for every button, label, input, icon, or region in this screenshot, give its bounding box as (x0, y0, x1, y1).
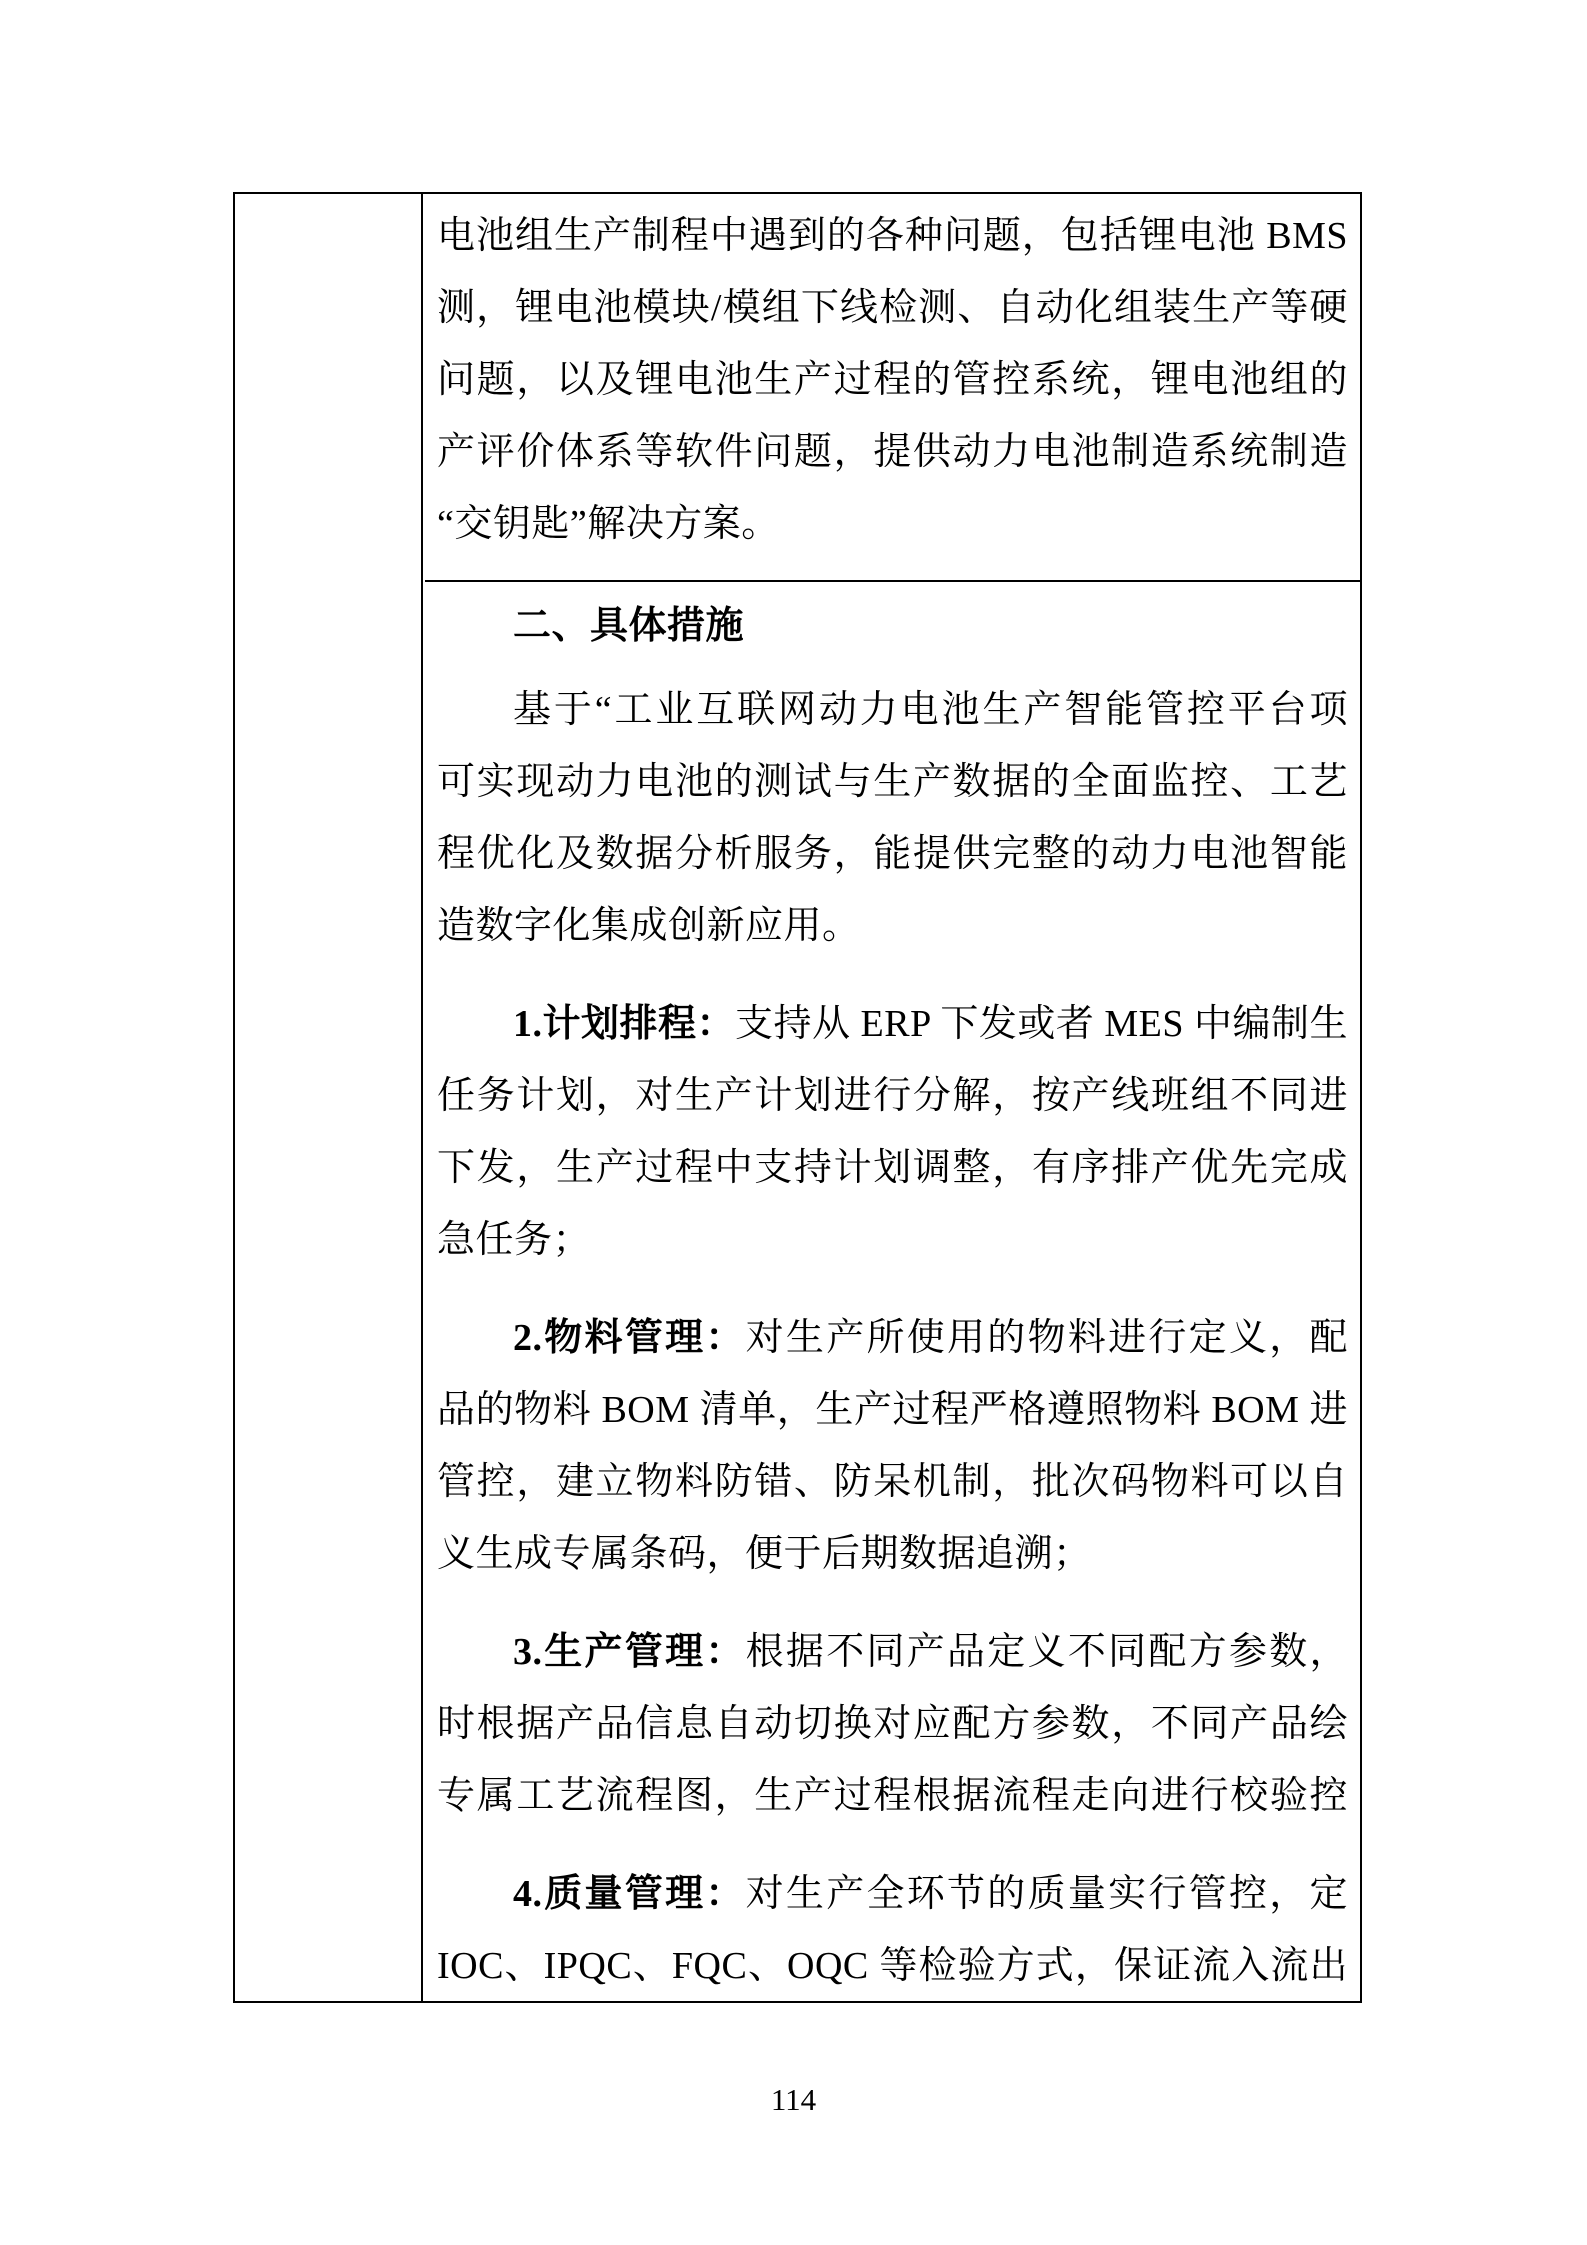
paragraph: 4.质量管理：对生产全环节的质量实行管控，定义IOC、IPQC、FQC、OQC … (437, 1858, 1348, 2002)
paragraph: 基于“工业互联网动力电池生产智能管控平台项目”，可实现动力电池的测试与生产数据的… (437, 674, 1348, 962)
text-line: 4.质量管理：对生产全环节的质量实行管控，定义 (437, 1858, 1348, 1930)
text-line: 下发，生产过程中支持计划调整，有序排产优先完成紧 (437, 1132, 1348, 1204)
row2-paragraphs: 基于“工业互联网动力电池生产智能管控平台项目”，可实现动力电池的测试与生产数据的… (437, 674, 1348, 2002)
text-line: 时根据产品信息自动切换对应配方参数，不同产品绘制 (437, 1688, 1348, 1760)
table-cell-measures-text: 二、具体措施 基于“工业互联网动力电池生产智能管控平台项目”，可实现动力电池的测… (425, 582, 1360, 2001)
paragraph: 1.计划排程：支持从 ERP 下发或者 MES 中编制生产任务计划，对生产计划进… (437, 988, 1348, 1276)
text-line: 测，锂电池模块/模组下线检测、自动化组装生产等硬件 (437, 272, 1348, 344)
paragraph-label: 1.计划排程： (513, 1003, 735, 1045)
table-left-column-cell (235, 194, 423, 2001)
text-line: 基于“工业互联网动力电池生产智能管控平台项目”， (437, 674, 1348, 746)
paragraph-label: 2.物料管理： (513, 1317, 746, 1359)
text-line: 可实现动力电池的测试与生产数据的全面监控、工艺流 (437, 746, 1348, 818)
text-line: 急任务； (437, 1204, 1348, 1276)
text-line: “交钥匙”解决方案。 (437, 488, 1348, 560)
text-line: 问题，以及锂电池生产过程的管控系统，锂电池组的生 (437, 344, 1348, 416)
document-table: 电池组生产制程中遇到的各种问题，包括锂电池 BMS 检测，锂电池模块/模组下线检… (233, 192, 1362, 2003)
text-line: IOC、IPQC、FQC、OQC 等检验方式，保证流入流出的 (437, 1930, 1348, 2002)
text-line: 品的物料 BOM 清单，生产过程严格遵照物料 BOM 进行 (437, 1374, 1348, 1446)
paragraph-label: 3.生产管理： (513, 1631, 746, 1673)
text-line: 2.物料管理：对生产所使用的物料进行定义，配置成 (437, 1302, 1348, 1374)
paragraph: 3.生产管理：根据不同产品定义不同配方参数，生产时根据产品信息自动切换对应配方参… (437, 1616, 1348, 1832)
text-line: 专属工艺流程图，生产过程根据流程走向进行校验控制； (437, 1760, 1348, 1832)
row1-lines: 电池组生产制程中遇到的各种问题，包括锂电池 BMS 检测，锂电池模块/模组下线检… (437, 200, 1348, 560)
text-line: 管控，建立物料防错、防呆机制，批次码物料可以自定 (437, 1446, 1348, 1518)
text-line: 3.生产管理：根据不同产品定义不同配方参数，生产 (437, 1616, 1348, 1688)
table-cell-overview-text: 电池组生产制程中遇到的各种问题，包括锂电池 BMS 检测，锂电池模块/模组下线检… (425, 194, 1360, 582)
page-number: 114 (0, 2078, 1587, 2122)
text-line: 程优化及数据分析服务，能提供完整的动力电池智能制 (437, 818, 1348, 890)
paragraph-label: 4.质量管理： (513, 1873, 746, 1915)
text-line: 产评价体系等软件问题，提供动力电池制造系统制造的 (437, 416, 1348, 488)
text-line: 义生成专属条码，便于后期数据追溯； (437, 1518, 1348, 1590)
text-line: 任务计划，对生产计划进行分解，按产线班组不同进行 (437, 1060, 1348, 1132)
section-heading: 二、具体措施 (437, 590, 1348, 662)
text-line: 造数字化集成创新应用。 (437, 890, 1348, 962)
text-line: 电池组生产制程中遇到的各种问题，包括锂电池 BMS 检 (437, 200, 1348, 272)
document-page: { "colors": { "background": "#ffffff", "… (0, 0, 1587, 2245)
text-line: 1.计划排程：支持从 ERP 下发或者 MES 中编制生产 (437, 988, 1348, 1060)
table-right-column: 电池组生产制程中遇到的各种问题，包括锂电池 BMS 检测，锂电池模块/模组下线检… (425, 194, 1360, 2001)
paragraph: 2.物料管理：对生产所使用的物料进行定义，配置成品的物料 BOM 清单，生产过程… (437, 1302, 1348, 1590)
